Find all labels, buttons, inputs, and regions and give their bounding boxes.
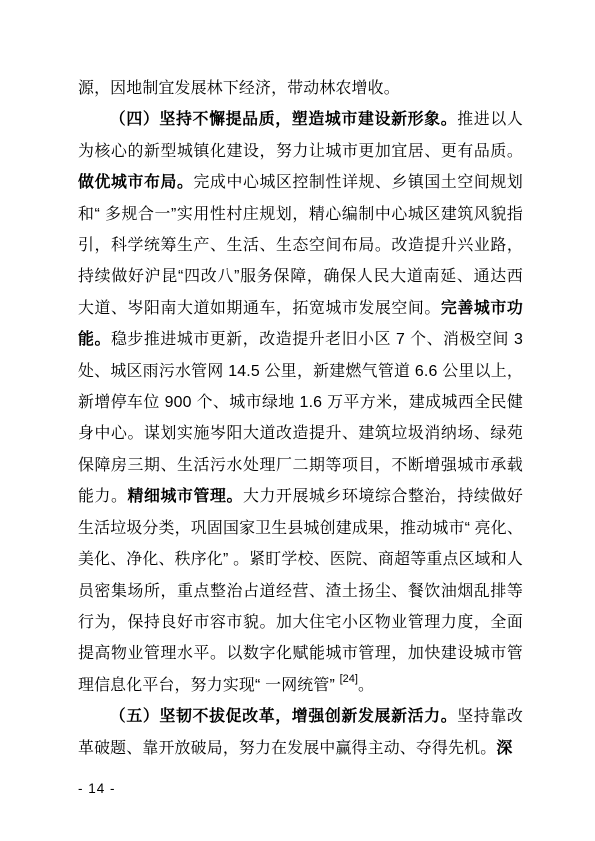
paragraph: （四）坚持不懈提品质，塑造城市建设新形象。推进以人为核心的新型城镇化建设，努力让… — [78, 104, 523, 701]
bold-text-run: 深 — [496, 740, 512, 757]
text-run: 稳步推进城市更新，改造提升老旧小区 7 个、消极空间 3 处、城区雨污水管网 1… — [78, 331, 523, 505]
text-run: 。 — [358, 677, 374, 694]
text-run: 源，因地制宜发展林下经济，带动林农增收。 — [78, 80, 400, 97]
document-body: 源，因地制宜发展林下经济，带动林农增收。（四）坚持不懈提品质，塑造城市建设新形象… — [78, 73, 523, 764]
paragraph: 源，因地制宜发展林下经济，带动林农增收。 — [78, 73, 523, 104]
footnote-ref: [24] — [340, 673, 358, 685]
page-number: - 14 - — [78, 781, 116, 796]
bold-text-run: 精细城市管理。 — [128, 488, 243, 505]
bold-text-run: （四）坚持不懈提品质，塑造城市建设新形象。 — [110, 111, 457, 128]
paragraph: （五）坚韧不拔促改革，增强创新发展新活力。坚持靠改革破题、靠开放破局，努力在发展… — [78, 701, 523, 764]
document-page: 源，因地制宜发展林下经济，带动林农增收。（四）坚持不懈提品质，塑造城市建设新形象… — [0, 0, 595, 841]
text-run: 完成中心城区控制性详规、乡镇国土空间规划和“ 多规合一”实用性村庄规划，精心编制… — [78, 174, 523, 317]
bold-text-run: 做优城市布局。 — [78, 174, 193, 191]
bold-text-run: （五）坚韧不拔促改革，增强创新发展新活力。 — [110, 708, 457, 725]
text-run: 大力开展城乡环境综合整治，持续做好生活垃圾分类，巩固国家卫生县城创建成果，推动城… — [78, 488, 523, 693]
